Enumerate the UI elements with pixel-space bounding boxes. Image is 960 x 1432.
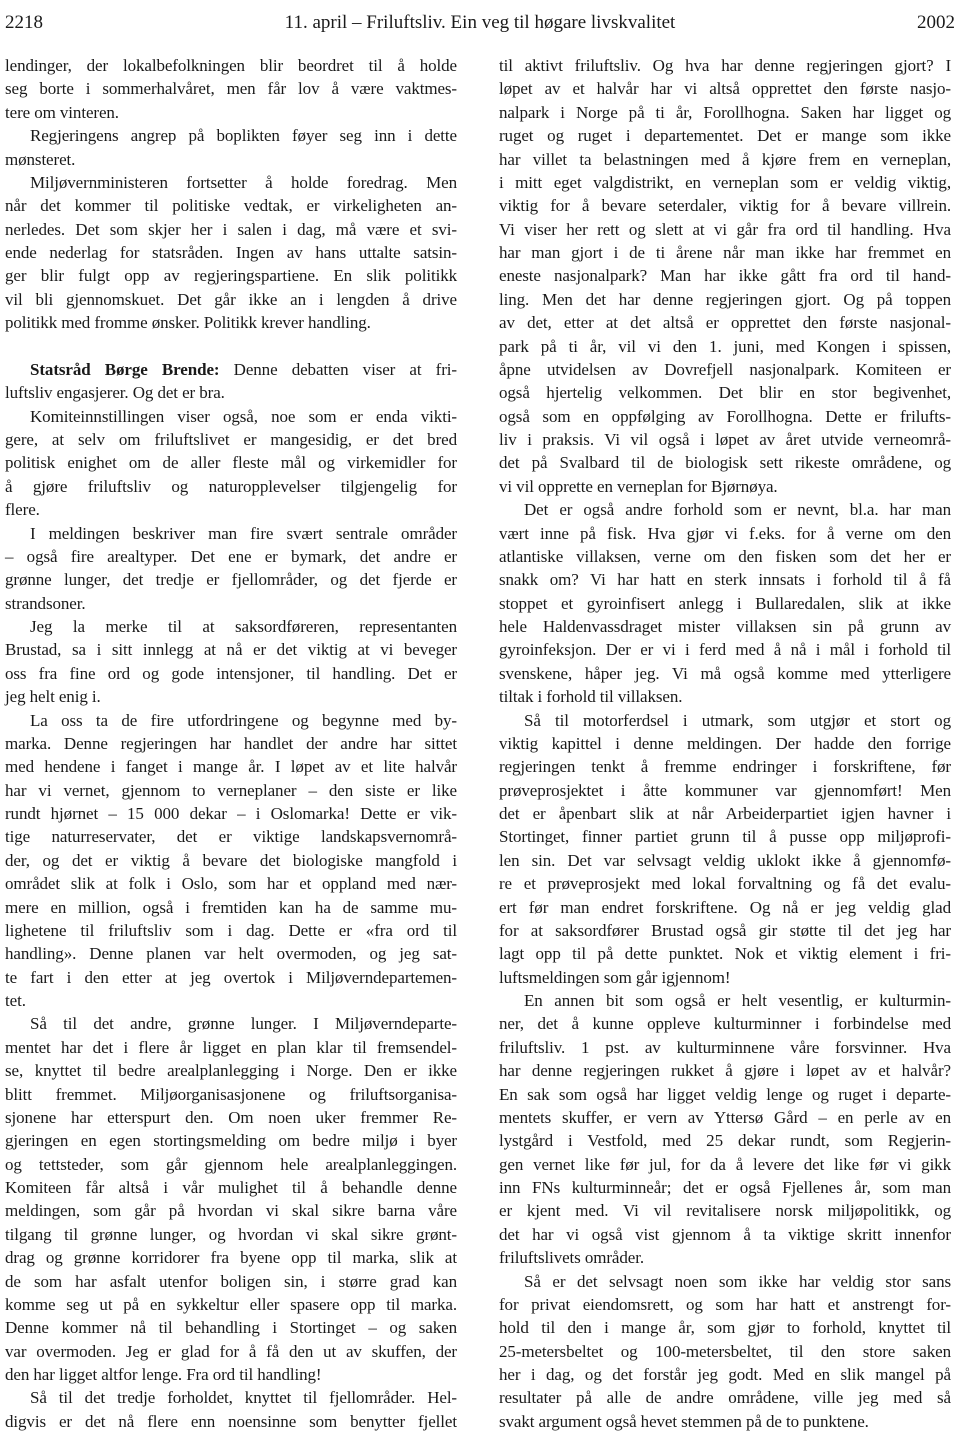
text-line: La oss ta de fire utfordringene og begyn… xyxy=(5,709,457,732)
text-line: lagt opp til på dette punktet. Nok et vi… xyxy=(499,942,951,965)
text-line: inn FNs kulturminneår; det er også Fjell… xyxy=(499,1176,951,1199)
text-line: oss fra fine ord og gode intensjoner, ti… xyxy=(5,662,457,685)
text-line: tilgang til grønne lunger, og hvordan vi… xyxy=(5,1223,457,1246)
text-line: tet. xyxy=(5,989,457,1012)
text-line: Regjeringens angrep på boplikten føyer s… xyxy=(5,124,457,147)
text-line: for at saksordfører Brustad også gir stø… xyxy=(499,919,951,942)
text-line: Så til det tredje forholdet, knyttet til… xyxy=(5,1386,457,1409)
text-line: ert før man endret forskriftene. Og nå e… xyxy=(499,896,951,919)
text-line: seg borte i sommerhalvåret, men får lov … xyxy=(5,77,457,100)
text-line: i mitt eget valgdistrikt, en verneplan s… xyxy=(499,171,951,194)
text-line: mentet har det i flere år ligget en plan… xyxy=(5,1036,457,1059)
text-line: blitt fremmet. Miljøorganisasjonene og f… xyxy=(5,1083,457,1106)
text-line: mentets skuffer, er vern av Yttersø Gård… xyxy=(499,1106,951,1129)
text-line: Det er også andre forhold som er nevnt, … xyxy=(499,498,951,521)
text-line: Statsråd Børge Brende: Denne debatten vi… xyxy=(5,358,457,381)
text-line: te fart i den etter at jeg overtok i Mil… xyxy=(5,966,457,989)
text-line: handling». Denne planen var helt overmod… xyxy=(5,942,457,965)
left-column: lendinger, der lokalbefolkningen blir be… xyxy=(5,54,457,1432)
text-line: nalpark i Norge på ti år, Forollhogna. S… xyxy=(499,101,951,124)
text-line: var overmoden. Jeg er glad for å få den … xyxy=(5,1340,457,1363)
text-line: jeg helt enig i. xyxy=(5,685,457,708)
text-line: En sak som også har ligget veldig lenge … xyxy=(499,1083,951,1106)
page-header: 2218 11. april – Friluftsliv. Ein veg ti… xyxy=(5,12,955,34)
text-line: ruget og ruget i departementet. Det er m… xyxy=(499,124,951,147)
paragraph: Regjeringens angrep på boplikten føyer s… xyxy=(5,124,457,171)
right-column: til aktivt friluftsliv. Og hva har denne… xyxy=(499,54,951,1432)
text-line: Vi viser her rett og slett at vi går fra… xyxy=(499,218,951,241)
text-line: vi vil opprette en verneplan for Bjørnøy… xyxy=(499,475,951,498)
text-line: tiltak i forhold til villaksen. xyxy=(499,685,951,708)
text-line: Miljøvernministeren fortsetter å holde f… xyxy=(5,171,457,194)
paragraph: Miljøvernministeren fortsetter å holde f… xyxy=(5,171,457,335)
text-line: eneste nasjonalpark? Man har ikke gått f… xyxy=(499,264,951,287)
text-line: friluftsliv. 1 pst. av kulturminnene vår… xyxy=(499,1036,951,1059)
text-line: å gjøre friluftsliv og naturopplevelser … xyxy=(5,475,457,498)
text-line: og tettsteder, som går gjennom hele area… xyxy=(5,1153,457,1176)
text-line: grønne lunger, det tredje er fjellområde… xyxy=(5,568,457,591)
text-line: der, og det er viktig å bevare det biolo… xyxy=(5,849,457,872)
text-line: gen vernet like før jul, for da å levere… xyxy=(499,1153,951,1176)
text-line: er kjent med. Vi vil revitalisere norsk … xyxy=(499,1199,951,1222)
running-title: 11. april – Friluftsliv. Ein veg til høg… xyxy=(285,12,676,34)
text-line: tige naturreservater, det er viktige lan… xyxy=(5,825,457,848)
text-line: av det, etter at det altså er opprettet … xyxy=(499,311,951,334)
text-line: luftsliv engasjerer. Og det er bra. xyxy=(5,381,457,404)
text-line: ger blir fulgt opp av regjeringspartiene… xyxy=(5,264,457,287)
text-line: også hjertelig velkommen. Det blir en st… xyxy=(499,381,951,404)
text-line: det har vi også vist gjennom å ta viktig… xyxy=(499,1223,951,1246)
paragraph: La oss ta de fire utfordringene og begyn… xyxy=(5,709,457,1013)
text-line: regjeringen tenkt å fremme endringer i f… xyxy=(499,755,951,778)
text-line: har denne regjeringen rukket å gjøre i l… xyxy=(499,1059,951,1082)
text-line: har villet ta belastningen med å kjøre f… xyxy=(499,148,951,171)
speech-paragraph: Statsråd Børge Brende: Denne debatten vi… xyxy=(5,358,457,405)
text-line: Så er det selvsagt noen som ikke har vel… xyxy=(499,1270,951,1293)
text-line: Stortinget, finner partiet grunn til å p… xyxy=(499,825,951,848)
paragraph: Jeg la merke til at saksordføreren, repr… xyxy=(5,615,457,709)
text-line: luftsmeldingen som går igjennom! xyxy=(499,966,951,989)
text-line: nerledes. Det som skjer her i salen i da… xyxy=(5,218,457,241)
text-line: atlantiske villaksen, verne om den fiske… xyxy=(499,545,951,568)
text-line: gjeringen en egen stortingsmelding om be… xyxy=(5,1129,457,1152)
text-line: svakt argument også hevet stemmen på de … xyxy=(499,1410,951,1432)
paragraph: Så til det tredje forholdet, knyttet til… xyxy=(5,1386,457,1432)
year-label: 2002 xyxy=(675,12,955,34)
text-line: 25-metersbeltet og 100-metersbeltet, til… xyxy=(499,1340,951,1363)
paragraph: Så til motorferdsel i utmark, som utgjør… xyxy=(499,709,951,990)
text-line: park på ti år, vil vi den 1. juni, med K… xyxy=(499,335,951,358)
text-line: Denne kommer nå til behandling i Stortin… xyxy=(5,1316,457,1339)
paragraph: lendinger, der lokalbefolkningen blir be… xyxy=(5,54,457,124)
text-line: prøveprosjektet i åtte kommuner var gjen… xyxy=(499,779,951,802)
text-line: svenskene, håper jeg. Vi må også komme m… xyxy=(499,662,951,685)
text-line: hold til den i mange år, som gjør to for… xyxy=(499,1316,951,1339)
text-line: flere. xyxy=(5,498,457,521)
text-line: ner, det å kunne oppleve kulturminner i … xyxy=(499,1012,951,1035)
text-line: hele Haldenvassdraget mister villaksen s… xyxy=(499,615,951,638)
text-line: Brustad, sa i sitt innlegg at nå er det … xyxy=(5,638,457,661)
text-line: mere en million, også i fremtiden kan ha… xyxy=(5,896,457,919)
text-line: lystgård i Vestfold, med 25 dekar rundt,… xyxy=(499,1129,951,1152)
text-line: Komiteinnstillingen viser også, noe som … xyxy=(5,405,457,428)
text-line: marka. Denne regjeringen har handlet der… xyxy=(5,732,457,755)
text-line: Komiteen får altså i vår mulighet til å … xyxy=(5,1176,457,1199)
text-line: vil bli gjennomskuet. Det går ikke an i … xyxy=(5,288,457,311)
text-line: viktig kapittel i denne meldingen. Der h… xyxy=(499,732,951,755)
text-line: de som har asfalt utenfor boligen sin, i… xyxy=(5,1270,457,1293)
text-line: sjonene har etterspurt den. Om noen uker… xyxy=(5,1106,457,1129)
text-line: den har ligget altfor lenge. Fra ord til… xyxy=(5,1363,457,1386)
text-line: drag og grønne korridorer fra byene opp … xyxy=(5,1246,457,1269)
text-line: strandsoner. xyxy=(5,592,457,615)
text-line: løpet av et halvår har vi altså opprette… xyxy=(499,77,951,100)
paragraph: Komiteinnstillingen viser også, noe som … xyxy=(5,405,457,522)
text-line: åpne utvidelsen av Dovrefjell nasjonalpa… xyxy=(499,358,951,381)
text-line: resultater på alle de andre områdene, vi… xyxy=(499,1386,951,1409)
text-line: Så til det andre, grønne lunger. I Miljø… xyxy=(5,1012,457,1035)
text-line: komme seg ut på en sykkeltur eller spase… xyxy=(5,1293,457,1316)
text-line: re et prøveprosjekt med lokal forvaltnin… xyxy=(499,872,951,895)
text-line: meldingen, som går på hvordan vi skal si… xyxy=(5,1199,457,1222)
text-line: snakk om? Vi har hatt en sterk innsats i… xyxy=(499,568,951,591)
page-body: lendinger, der lokalbefolkningen blir be… xyxy=(5,54,955,1432)
text-line: En annen bit som også er helt vesentlig,… xyxy=(499,989,951,1012)
text-line: området slik at folk i Oslo, som har et … xyxy=(5,872,457,895)
document-page: 2218 11. april – Friluftsliv. Ein veg ti… xyxy=(0,0,960,1432)
text-line: her i dag, og det forstår jeg godt. Med … xyxy=(499,1363,951,1386)
text-line: se, knyttet til bedre arealplanlegging i… xyxy=(5,1059,457,1082)
text-line: len sin. Det var selvsagt veldig uklokt … xyxy=(499,849,951,872)
text-line: med hendene i fanget i mange år. I løpet… xyxy=(5,755,457,778)
text-line: viktig for å bevare seterdaler, viktig f… xyxy=(499,194,951,217)
text-line: vært inne på fisk. Hva gjør vi f.eks. fo… xyxy=(499,522,951,545)
text-line: mønsteret. xyxy=(5,148,457,171)
text-line: tere om vinteren. xyxy=(5,101,457,124)
text-line: I meldingen beskriver man fire svært sen… xyxy=(5,522,457,545)
paragraph: I meldingen beskriver man fire svært sen… xyxy=(5,522,457,616)
paragraph: Så til det andre, grønne lunger. I Miljø… xyxy=(5,1012,457,1386)
text-line: politisk enighet om de aller fleste mål … xyxy=(5,451,457,474)
text-line: også som en oppfølging av Forollhogna. D… xyxy=(499,405,951,428)
text-line: rundt hjørnet – 15 000 dekar – i Oslomar… xyxy=(5,802,457,825)
text-line: ling. Men det har denne regjeringen gjor… xyxy=(499,288,951,311)
text-line: liv i praksis. Vi vil også i løpet av år… xyxy=(499,428,951,451)
text-line: det er åpenbart slik at når Arbeiderpart… xyxy=(499,802,951,825)
text-line: for privat eiendomsrett, og som har hatt… xyxy=(499,1293,951,1316)
page-number: 2218 xyxy=(5,12,285,34)
text-line: gere, at selv om friluftslivet er manges… xyxy=(5,428,457,451)
paragraph: til aktivt friluftsliv. Og hva har denne… xyxy=(499,54,951,498)
text-line: har vi vernet, gjennom to verneplaner – … xyxy=(5,779,457,802)
text-line: lendinger, der lokalbefolkningen blir be… xyxy=(5,54,457,77)
text-line: – også fire arealtyper. Det ene er bymar… xyxy=(5,545,457,568)
text-line: digvis er det nå flere enn noensinne som… xyxy=(5,1410,457,1432)
text-line: Så til motorferdsel i utmark, som utgjør… xyxy=(499,709,951,732)
text-line: gyroinfeksjon. Der er vi i ferd med å nå… xyxy=(499,638,951,661)
text-line: friluftslivets områder. xyxy=(499,1246,951,1269)
speech-text: Denne debatten viser at fri- xyxy=(219,360,457,379)
paragraph: En annen bit som også er helt vesentlig,… xyxy=(499,989,951,1270)
text-line: politikk med fromme ønsker. Politikk kre… xyxy=(5,311,457,334)
paragraph: Så er det selvsagt noen som ikke har vel… xyxy=(499,1270,951,1432)
speaker-name: Statsråd Børge Brende: xyxy=(30,360,219,379)
paragraph: Det er også andre forhold som er nevnt, … xyxy=(499,498,951,708)
text-line: har man gjort i de ti årene når man ikke… xyxy=(499,241,951,264)
text-line: ende nederlag for statsråden. Ingen av h… xyxy=(5,241,457,264)
text-line: det på Svalbard til de biologisk sett ri… xyxy=(499,451,951,474)
text-line: Jeg la merke til at saksordføreren, repr… xyxy=(5,615,457,638)
text-line: til aktivt friluftsliv. Og hva har denne… xyxy=(499,54,951,77)
text-line: når det kommer til politiske vedtak, er … xyxy=(5,194,457,217)
text-line: stoppet et gyroinfisert anlegg i Bullare… xyxy=(499,592,951,615)
text-line: lighetene til friluftsliv som i dag. Det… xyxy=(5,919,457,942)
